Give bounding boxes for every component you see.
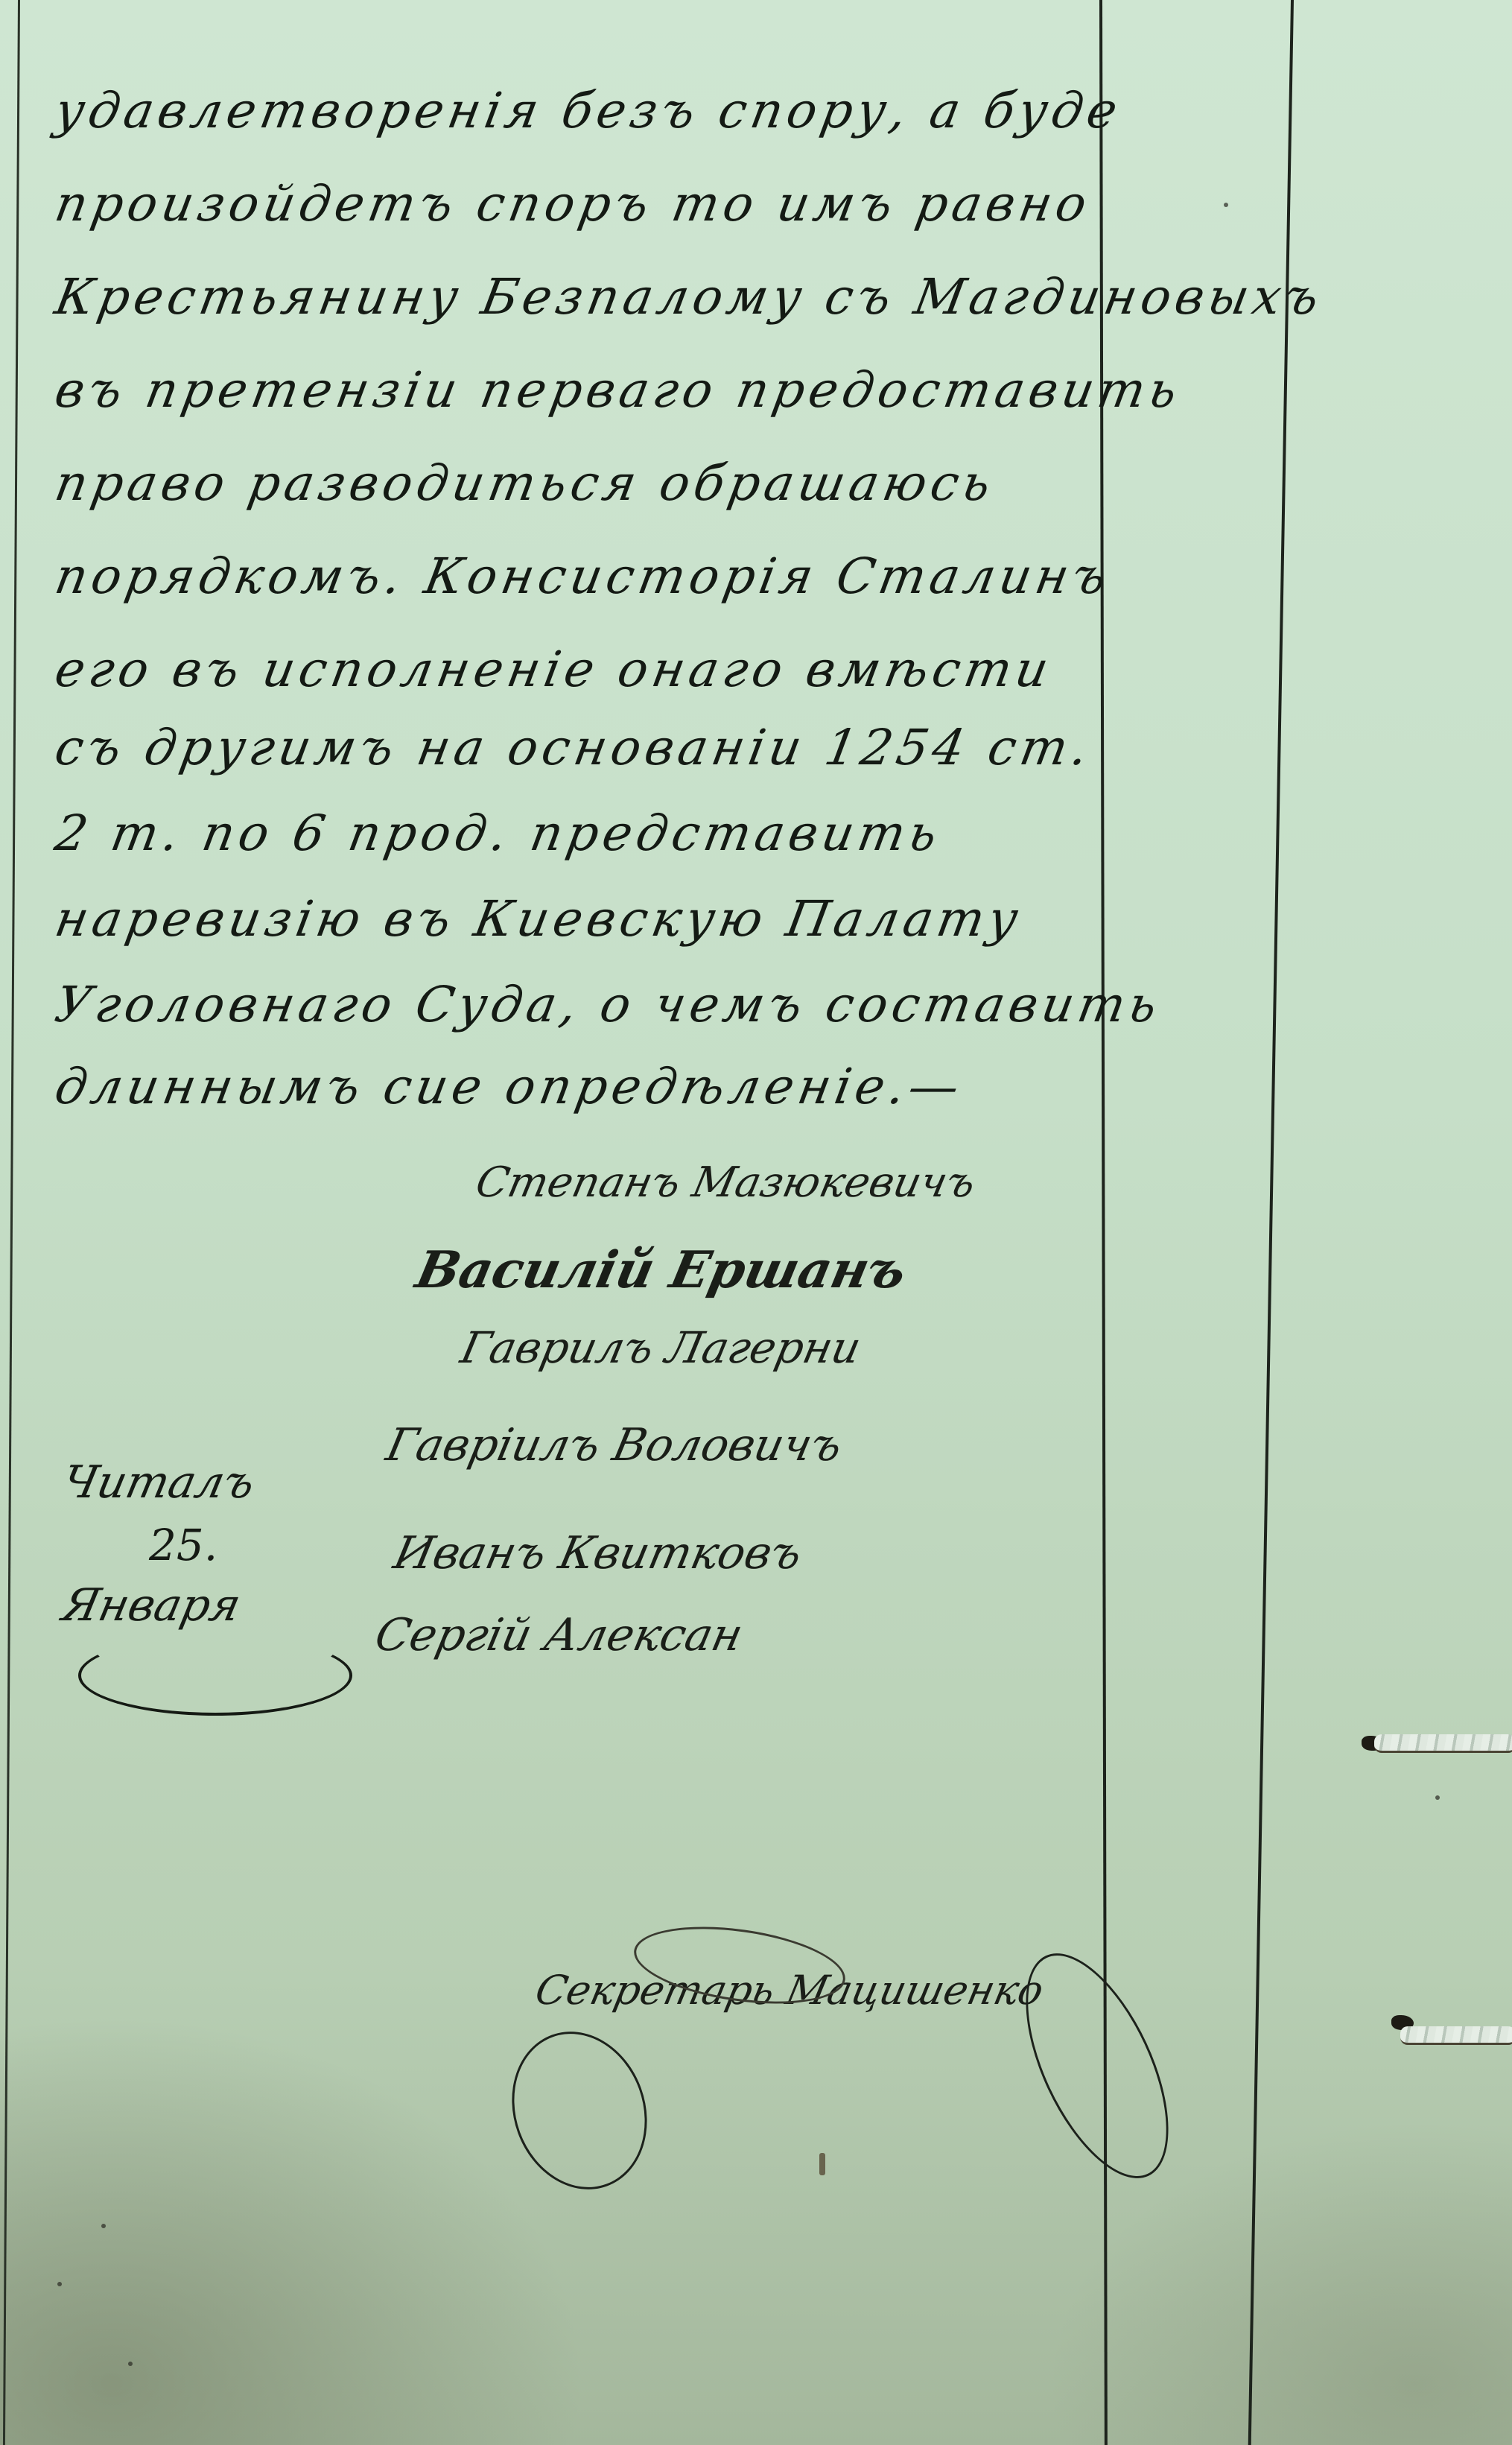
body-line-3: Крестьянину Безпалому съ Магдиновыхъ	[51, 268, 1104, 326]
left-margin-rule	[3, 0, 20, 2445]
paper-speck	[1435, 1795, 1440, 1800]
body-line-4: въ претензіи перваго предоставить	[51, 361, 1104, 419]
binding-thread-lower	[1400, 2026, 1512, 2045]
body-line-10: наревизію въ Киевскую Палату	[51, 890, 1104, 948]
signature-2: Василій Ершанъ	[410, 1240, 912, 1300]
body-line-2: произойдетъ споръ то имъ равно	[51, 175, 1104, 232]
margin-note-underline-loop	[78, 1635, 352, 1716]
body-line-5: право разводиться обрашаюсь	[51, 454, 1104, 512]
signature-3: Гаврилъ Лагерни	[457, 1322, 865, 1373]
signature-4: Гаврiилъ Воловичъ	[382, 1419, 847, 1471]
margin-note-line-2: 25.	[149, 1520, 217, 1570]
body-line-8: съ другимъ на основаніи 1254 ст.	[51, 719, 1104, 776]
paper-speck	[128, 2362, 133, 2366]
body-line-1: удавлетворенія безъ спору, а буде	[51, 82, 1104, 139]
body-line-7: его въ исполненіе онаго вмѣсти	[51, 641, 1104, 698]
signature-6: Сергій Алексан	[371, 1609, 748, 1661]
binding-thread-upper	[1374, 1734, 1512, 1753]
margin-note-line-1: Читалъ	[58, 1456, 260, 1509]
paper-speck	[101, 2224, 106, 2228]
body-line-9: 2 т. по 6 прод. представить	[51, 805, 1104, 862]
signature-5: Иванъ Квитковъ	[390, 1527, 807, 1579]
body-line-6: порядкомъ. Консисторія Сталинъ	[51, 548, 1104, 605]
body-line-12: длиннымъ сие опредѣленіе.—	[51, 1058, 1104, 1115]
paper-speck	[57, 2282, 62, 2286]
paper-speck	[1224, 203, 1228, 207]
column-rule-right	[1248, 0, 1294, 2445]
paper-stain	[819, 2153, 825, 2175]
signature-1: Степанъ Мазюкевичъ	[471, 1158, 979, 1207]
body-line-11: Уголовнаго Суда, о чемъ составить	[51, 976, 1104, 1033]
margin-note-line-3: Января	[58, 1579, 246, 1631]
signature-flourish-loop-left	[490, 2012, 668, 2208]
